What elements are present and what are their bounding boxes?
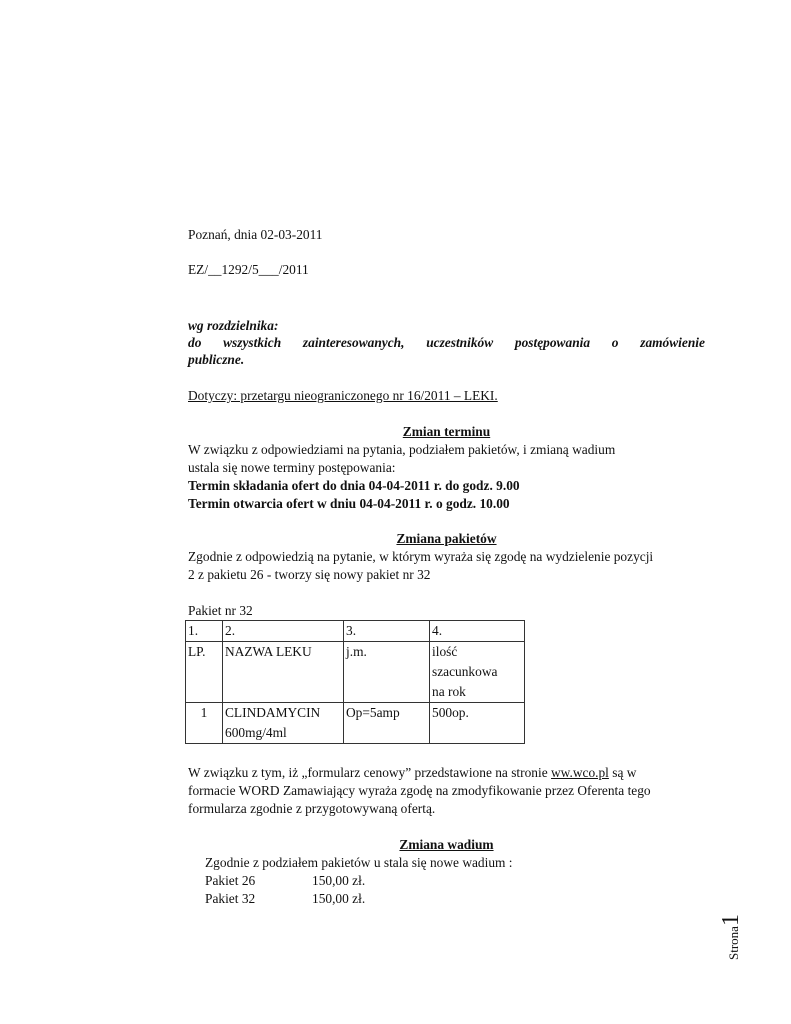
submission-deadline: Termin składania ofert do dnia 04-04-201… (188, 477, 520, 495)
header-unit: j.m. (344, 642, 430, 703)
packages-paragraph-line1: Zgodnie z odpowiedzią na pytanie, w któr… (188, 548, 653, 566)
form-note-text: są w (609, 765, 637, 780)
recipients-line: do wszystkich zainteresowanych, uczestni… (188, 334, 705, 352)
form-note-text: W związku z tym, iż „formularz cenowy” p… (188, 765, 551, 780)
cell-drug-name: CLINDAMYCIN 600mg/4ml (223, 703, 344, 744)
table-caption: Pakiet nr 32 (188, 602, 253, 620)
reference-number: EZ/__1292/5___/2011 (188, 261, 309, 279)
form-note-line2: formacie WORD Zamawiający wyraża zgodę n… (188, 782, 651, 800)
deadline-paragraph-line1: W związku z odpowiedziami na pytania, po… (188, 441, 615, 459)
recipients-end: publiczne. (188, 351, 244, 369)
recipients-word: postępowania (515, 334, 590, 352)
form-note-line1: W związku z tym, iż „formularz cenowy” p… (188, 764, 636, 782)
section-title-packages: Zmiana pakietów (188, 530, 705, 548)
recipients-word: uczestników (426, 334, 493, 352)
deposit-item-amount: 150,00 zł. (312, 872, 365, 890)
subject-line: Dotyczy: przetargu nieograniczonego nr 1… (188, 387, 498, 405)
recipients-word: do (188, 334, 201, 352)
table-number-row: 1. 2. 3. 4. (186, 621, 525, 642)
deposit-intro: Zgodnie z podziałem pakietów u stala się… (205, 854, 513, 872)
page-number-value: 1 (718, 914, 744, 926)
packages-paragraph-line2: 2 z pakietu 26 - tworzy się nowy pakiet … (188, 566, 430, 584)
drug-name-line: CLINDAMYCIN (225, 703, 341, 723)
recipients-word: wszystkich (223, 334, 281, 352)
recipients-word: zamówienie (640, 334, 705, 352)
header-quantity-line: ilość (432, 642, 522, 662)
section-title-deposit: Zmiana wadium (188, 836, 705, 854)
place-date: Poznań, dnia 02-03-2011 (188, 226, 323, 244)
page-label: Strona (726, 926, 741, 960)
table-row: 1 CLINDAMYCIN 600mg/4ml Op=5amp 500op. (186, 703, 525, 744)
recipients-word: o (612, 334, 619, 352)
header-drug-name: NAZWA LEKU (223, 642, 344, 703)
website-link[interactable]: ww.wco.pl (551, 765, 609, 780)
header-quantity: ilość szacunkowa na rok (430, 642, 525, 703)
table-cell: 4. (430, 621, 525, 642)
cell-quantity: 500op. (430, 703, 525, 744)
table-cell: 1. (186, 621, 223, 642)
deposit-item-package: Pakiet 32 (205, 890, 255, 908)
table-header-row: LP. NAZWA LEKU j.m. ilość szacunkowa na … (186, 642, 525, 703)
table-cell: 2. (223, 621, 344, 642)
header-quantity-line: szacunkowa (432, 662, 522, 682)
cell-lp: 1 (186, 703, 223, 744)
recipients-label: wg rozdzielnika: (188, 317, 278, 335)
drug-dose-line: 600mg/4ml (225, 723, 341, 743)
recipients-word: zainteresowanych, (303, 334, 405, 352)
section-title-deadline: Zmian terminu (188, 423, 705, 441)
deposit-item-package: Pakiet 26 (205, 872, 255, 890)
package-table: 1. 2. 3. 4. LP. NAZWA LEKU j.m. ilość sz… (185, 620, 525, 744)
header-lp: LP. (186, 642, 223, 703)
deadline-paragraph-line2: ustala się nowe terminy postępowania: (188, 459, 396, 477)
deposit-item-amount: 150,00 zł. (312, 890, 365, 908)
header-quantity-line: na rok (432, 682, 522, 702)
table-cell: 3. (344, 621, 430, 642)
cell-unit: Op=5amp (344, 703, 430, 744)
opening-deadline: Termin otwarcia ofert w dniu 04-04-2011 … (188, 495, 510, 513)
page-number: Strona1 (722, 900, 752, 960)
form-note-line3: formularza zgodnie z przygotowywaną ofer… (188, 800, 435, 818)
